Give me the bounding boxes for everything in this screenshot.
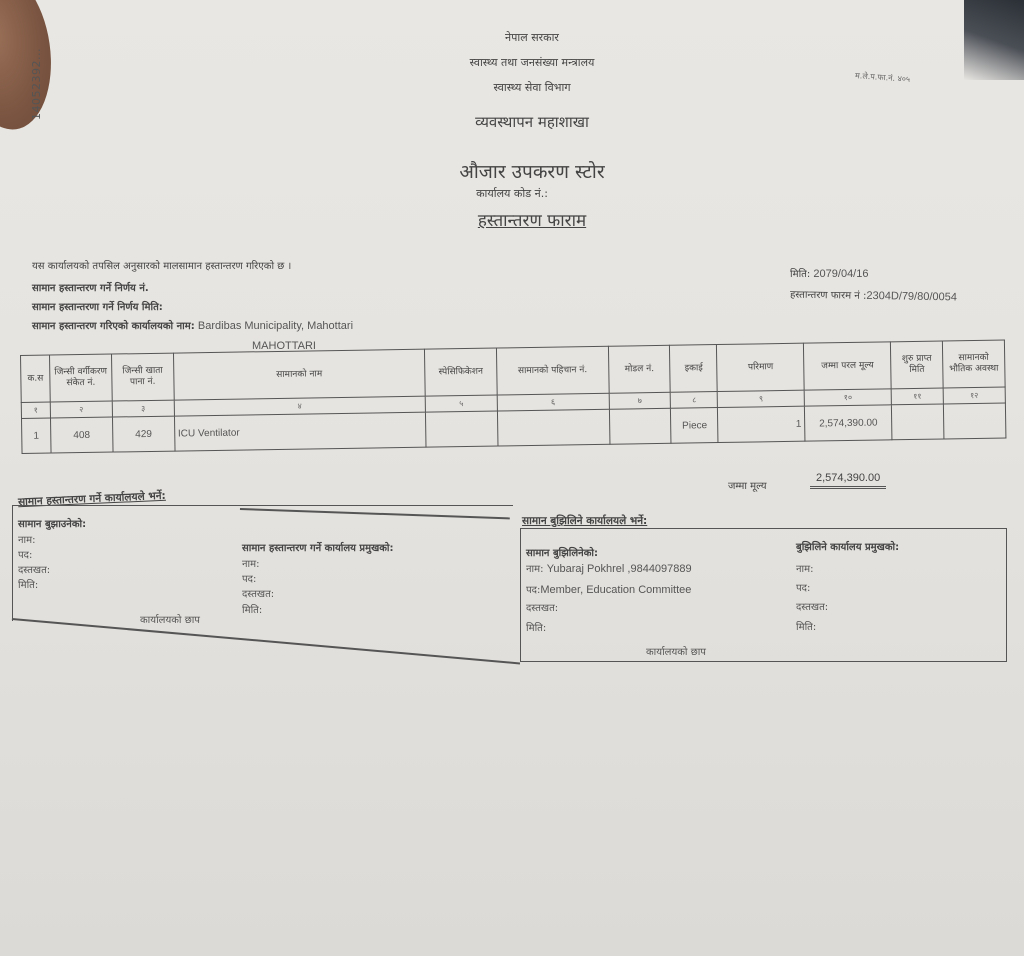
handover-form-document: 14052392... म.ले.प.फा.नं. ४०५ नेपाल सरका…	[0, 0, 1024, 956]
col-header-classification-code: जिन्सी वर्गीकरण संकेत नं.	[49, 354, 112, 402]
received-post-label: पद:	[526, 585, 540, 596]
handover-by-heading: सामान बुझाउनेको:	[18, 516, 86, 530]
sender-office-head-heading: सामान हस्तान्तरण गर्ने कार्यालय प्रमुखको…	[242, 540, 394, 554]
col-header-unit: इकाई	[670, 345, 718, 393]
col-header-condition: सामानको भौतिक अवस्था	[942, 340, 1005, 388]
total-value: 2,574,390.00	[810, 472, 886, 489]
date-value: 2079/04/16	[813, 268, 868, 280]
receiver-head-name-label: नाम:	[796, 561, 814, 575]
received-date-label: मिति:	[526, 620, 546, 634]
receiver-head-date-label: मिति:	[796, 619, 816, 633]
col-header-item-name: सामानको नाम	[173, 349, 425, 400]
cell-quantity: 1	[718, 406, 805, 442]
col-header-specification: स्पेसिफिकेशन	[424, 348, 497, 396]
form-no-label: हस्तान्तरण फारम नं :	[790, 290, 867, 302]
handover-date-label: मिति:	[18, 577, 38, 591]
recipient-office-label: सामान हस्तान्तरण गरिएको कार्यालयको नाम:	[32, 321, 195, 332]
handover-signature-label: दस्तखत:	[18, 562, 50, 576]
receiver-head-post-label: पद:	[796, 580, 810, 594]
items-table: क.स जिन्सी वर्गीकरण संकेत नं. जिन्सी खात…	[20, 340, 1006, 454]
col-num: ५	[425, 395, 497, 412]
cell-item-name: ICU Ventilator	[174, 412, 426, 451]
cell-sn: 1	[21, 418, 51, 453]
receiver-section-title: सामान बुझिलिने कार्यालयले भर्ने:	[522, 514, 647, 528]
col-num: ११	[891, 388, 943, 405]
received-post-value: Member, Education Committee	[540, 584, 691, 596]
handover-name-label: नाम:	[18, 532, 36, 546]
total-label: जम्मा मूल्य	[728, 478, 767, 492]
store-name: औजार उपकरण स्टोर	[20, 158, 1024, 184]
col-header-quantity: परिमाण	[717, 343, 805, 391]
col-header-acquired-date: शुरु प्राप्त मिति	[891, 341, 944, 389]
col-num: २	[50, 401, 112, 418]
received-signature-label: दस्तखत:	[526, 600, 558, 614]
decision-no-label: सामान हस्तान्तरण गर्ने निर्णय नं.	[32, 280, 149, 294]
col-num: ६	[497, 393, 609, 411]
col-header-sn: क.स	[21, 355, 51, 402]
col-header-identification-no: सामानको पहिचान नं.	[496, 346, 608, 395]
ministry-name: स्वास्थ्य तथा जनसंख्या मन्त्रालय	[20, 55, 1024, 70]
col-num: ९	[718, 390, 805, 407]
col-num: १	[21, 402, 50, 418]
recipient-office-value: Bardibas Municipality, Mahottari	[198, 320, 353, 332]
cell-total-cost: 2,574,390.00	[805, 405, 892, 441]
form-no-row: हस्तान्तरण फारम नं :2304D/79/80/0054	[790, 287, 957, 304]
receiver-stamp-label: कार्यालयको छाप	[646, 644, 706, 658]
cell-unit: Piece	[671, 408, 718, 444]
sender-head-post-label: पद:	[242, 571, 256, 585]
sender-box	[12, 505, 513, 621]
date-label: मिति:	[790, 269, 810, 280]
receiver-head-signature-label: दस्तखत:	[796, 599, 828, 613]
cell-specification	[425, 411, 497, 447]
form-title: हस्तान्तरण फाराम	[20, 208, 1024, 231]
col-num: ७	[609, 392, 671, 409]
col-num: ३	[112, 400, 174, 417]
cell-model-no	[609, 408, 671, 444]
decision-date-label: सामान हस्तान्तरणा गर्ने निर्णय मिति:	[32, 299, 163, 313]
sender-box-bottom-border	[12, 618, 520, 664]
date-row: मिति: 2079/04/16	[790, 266, 868, 280]
receiver-office-head-heading: बुझिलिने कार्यालय प्रमुखको:	[796, 539, 899, 553]
col-header-total-cost: जम्मा परल मूल्य	[804, 342, 892, 390]
office-code-label: कार्यालय कोड नं.:	[0, 186, 1024, 201]
items-table-wrapper: क.स जिन्सी वर्गीकरण संकेत नं. जिन्सी खात…	[20, 339, 1011, 454]
received-by-name-row: नाम: Yubaraj Pokhrel ,9844097889	[526, 561, 692, 575]
sender-head-date-label: मिति:	[242, 602, 262, 616]
cell-identification-no	[497, 409, 609, 446]
govt-name: नेपाल सरकार	[20, 30, 1024, 45]
received-by-post-row: पद:Member, Education Committee	[526, 582, 691, 596]
form-no-value: 2304D/79/80/0054	[866, 290, 957, 304]
intro-statement: यस कार्यालयको तपसिल अनुसारको मालसामान हस…	[32, 258, 291, 272]
recipient-office-row: सामान हस्तान्तरण गरिएको कार्यालयको नाम: …	[32, 318, 353, 332]
col-num: १०	[804, 389, 891, 406]
sender-head-name-label: नाम:	[242, 556, 260, 570]
department-name: स्वास्थ्य सेवा विभाग	[20, 80, 1024, 95]
received-name-label: नाम:	[526, 564, 544, 575]
col-header-ledger-page: जिन्सी खाता पाना नं.	[111, 353, 174, 401]
cell-classification-code: 408	[50, 417, 112, 453]
received-name-value: Yubaraj Pokhrel ,9844097889	[547, 563, 692, 575]
division-name: व्यवस्थापन महाशाखा	[20, 112, 1024, 132]
handover-post-label: पद:	[18, 547, 32, 561]
col-header-model-no: मोडल नं.	[608, 345, 671, 393]
cell-acquired-date	[892, 404, 944, 440]
sender-head-signature-label: दस्तखत:	[242, 586, 274, 600]
received-by-heading: सामान बुझिलिनेको:	[526, 545, 598, 559]
sender-stamp-label: कार्यालयको छाप	[140, 612, 200, 626]
col-num: ८	[671, 392, 718, 409]
cell-condition	[943, 403, 1006, 439]
cell-ledger-page: 429	[112, 416, 174, 452]
col-num: १२	[943, 387, 1005, 404]
